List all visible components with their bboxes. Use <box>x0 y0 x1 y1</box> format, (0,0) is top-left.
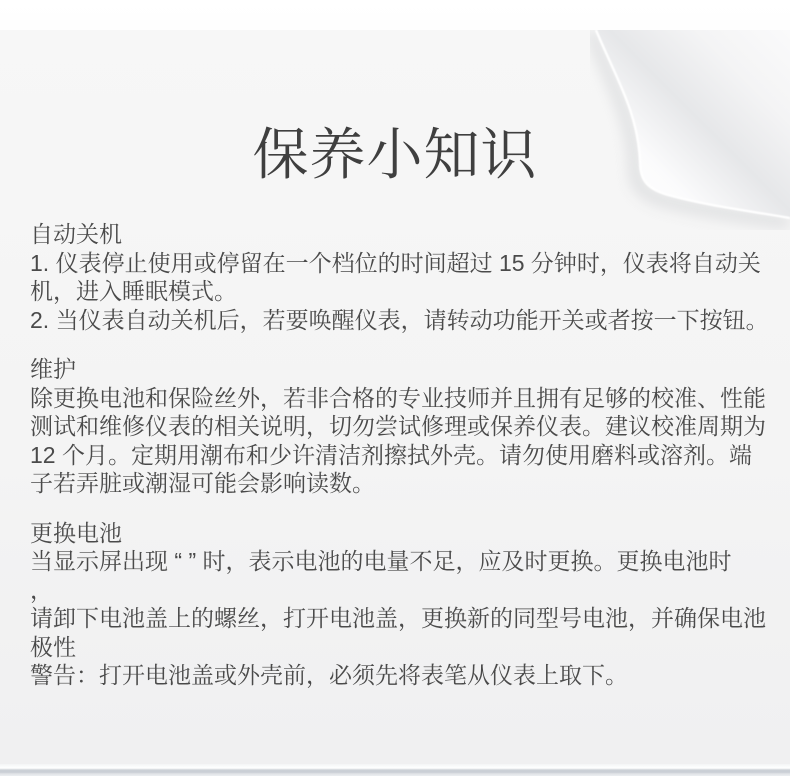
body-line: 极性 <box>30 633 770 662</box>
top-white-strip <box>0 0 790 30</box>
section-auto-power-off: 自动关机 1. 仪表停止使用或停留在一个档位的时间超过 15 分钟时，仪表将自动… <box>30 220 770 334</box>
body-line: 当显示屏出现 “ ” 时，表示电池的电量不足，应及时更换。更换电池时 <box>30 547 770 576</box>
content-body: 自动关机 1. 仪表停止使用或停留在一个档位的时间超过 15 分钟时，仪表将自动… <box>0 220 790 690</box>
body-line: 警告：打开电池盖或外壳前，必须先将表笔从仪表上取下。 <box>30 661 770 690</box>
body-line: 请卸下电池盖上的螺丝，打开电池盖，更换新的同型号电池，并确保电池 <box>30 604 770 633</box>
section-heading: 维护 <box>30 355 770 384</box>
section-maintenance: 维护 除更换电池和保险丝外，若非合格的专业技师并且拥有足够的校准、性能 测试和维… <box>30 355 770 498</box>
body-line: 1. 仪表停止使用或停留在一个档位的时间超过 15 分钟时，仪表将自动关 <box>30 249 770 278</box>
body-line: 除更换电池和保险丝外，若非合格的专业技师并且拥有足够的校准、性能 <box>30 384 770 413</box>
page-title: 保养小知识 <box>0 30 790 192</box>
paper-sheet: 保养小知识 自动关机 1. 仪表停止使用或停留在一个档位的时间超过 15 分钟时… <box>0 30 790 764</box>
paper-bottom-edge <box>0 764 790 776</box>
body-line: 12 个月。定期用潮布和少许清洁剂擦拭外壳。请勿使用磨料或溶剂。端 <box>30 441 770 470</box>
section-battery-replacement: 更换电池 当显示屏出现 “ ” 时，表示电池的电量不足，应及时更换。更换电池时 … <box>30 519 770 690</box>
page-root: 保养小知识 自动关机 1. 仪表停止使用或停留在一个档位的时间超过 15 分钟时… <box>0 0 790 776</box>
section-heading: 更换电池 <box>30 519 770 548</box>
body-line: ， <box>30 576 770 605</box>
body-line: 子若弄脏或潮湿可能会影响读数。 <box>30 469 770 498</box>
section-heading: 自动关机 <box>30 220 770 249</box>
body-line: 测试和维修仪表的相关说明，切勿尝试修理或保养仪表。建议校准周期为 <box>30 412 770 441</box>
body-line: 机，进入睡眠模式。 <box>30 277 770 306</box>
body-line: 2. 当仪表自动关机后，若要唤醒仪表，请转动功能开关或者按一下按钮。 <box>30 306 770 335</box>
